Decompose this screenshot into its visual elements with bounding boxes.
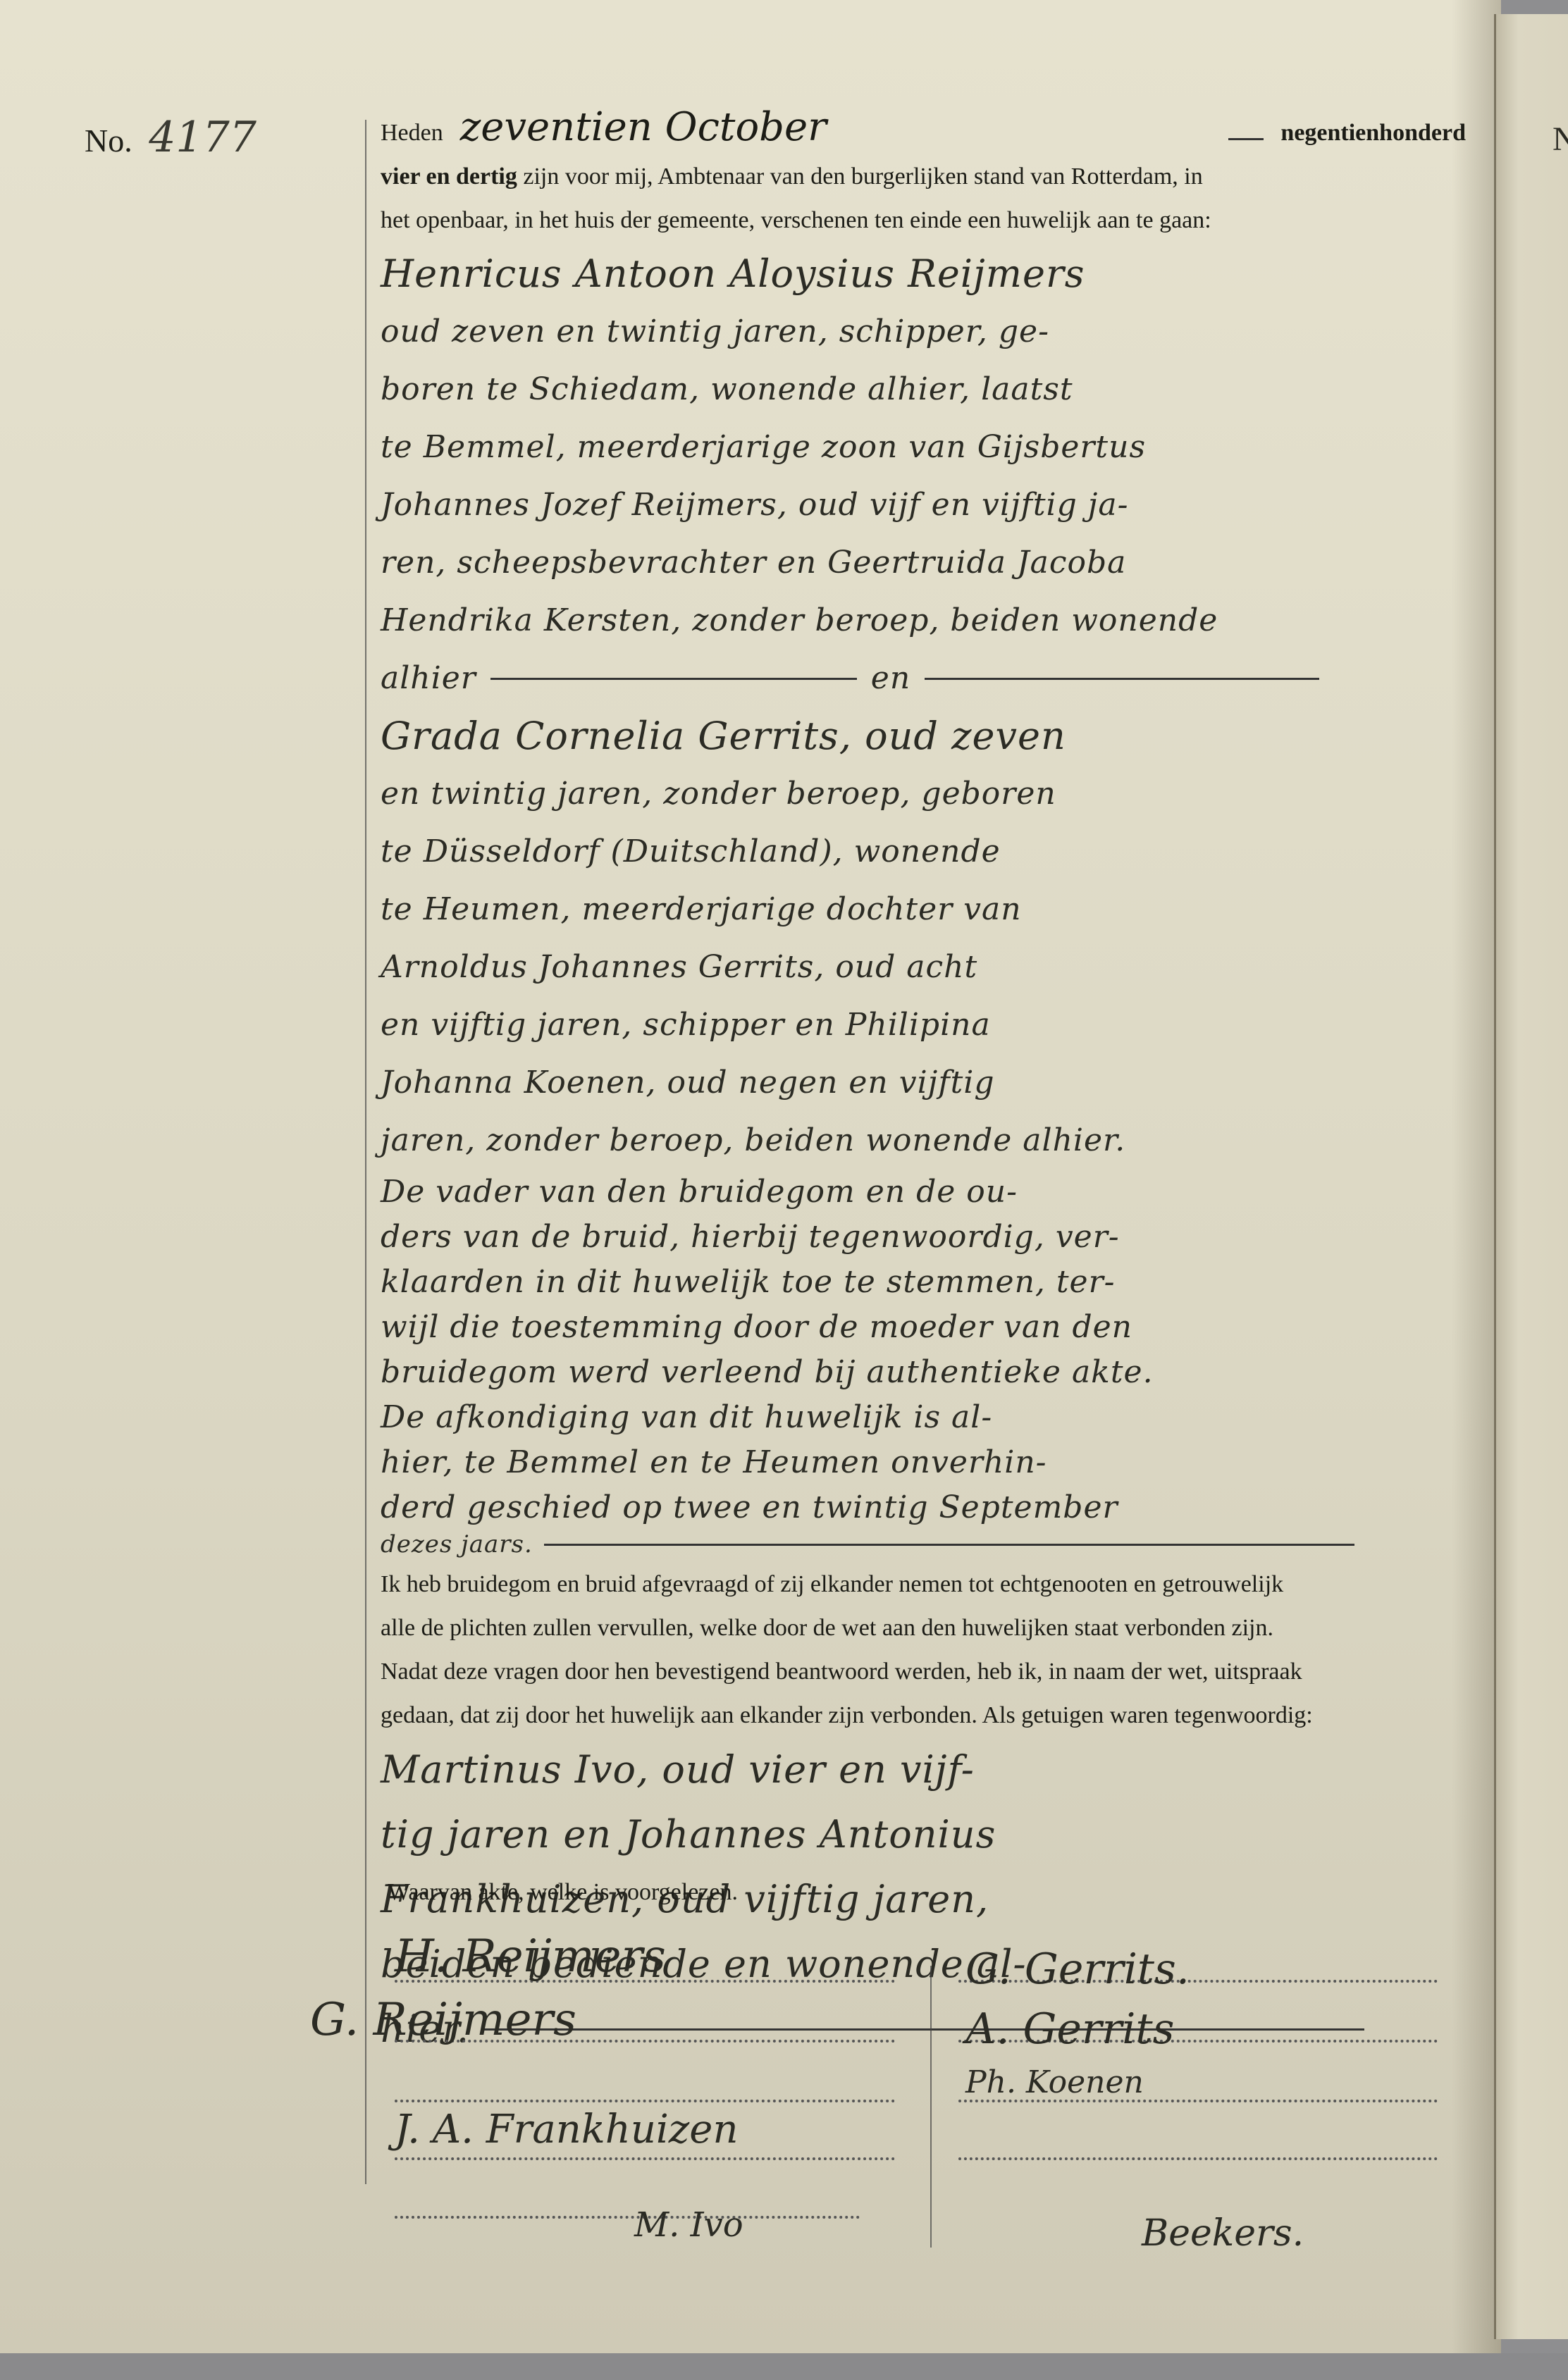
groom-section: Henricus Antoon Aloysius Reijmers oud ze… bbox=[381, 245, 1466, 650]
proclamation-line: dezes jaars. bbox=[381, 1530, 1466, 1558]
bride-line: Grada Cornelia Gerrits, oud zeven bbox=[381, 707, 1466, 765]
heden-label: Heden bbox=[381, 111, 443, 155]
alhier-text: alhier bbox=[381, 650, 476, 707]
signature-line bbox=[395, 2100, 895, 2102]
proclamation-rule bbox=[544, 1544, 1354, 1546]
consent-line: klaarden in dit huwelijk toe te stemmen,… bbox=[381, 1260, 1466, 1305]
signature-witness-frankhuizen: J. A. Frankhuizen bbox=[395, 2107, 739, 2152]
intro-line-3: het openbaar, in het huis der gemeente, … bbox=[381, 199, 1466, 242]
signature-witness-ivo: M. Ivo bbox=[634, 2205, 743, 2245]
vows-line: gedaan, dat zij door het huwelijk aan el… bbox=[381, 1694, 1466, 1737]
en-text: en bbox=[871, 650, 910, 707]
bride-line: jaren, zonder beroep, beiden wonende alh… bbox=[381, 1112, 1466, 1170]
record-number-value: 4177 bbox=[149, 113, 257, 162]
consent-line: wijl die toestemming door de moeder van … bbox=[381, 1305, 1466, 1350]
signature-line bbox=[958, 2157, 1438, 2160]
intro-line-1: Heden zeventien October negentienhonderd bbox=[381, 106, 1466, 155]
witness-rule bbox=[483, 2028, 1364, 2031]
conjunction-line: alhier en bbox=[381, 650, 1466, 707]
register-page: No. 4177 Heden zeventien October negenti… bbox=[0, 0, 1501, 2360]
bride-line: te Düsseldorf (Duitschland), wonende bbox=[381, 823, 1466, 881]
bride-line: te Heumen, meerderjarige dochter van bbox=[381, 881, 1466, 938]
signature-bride: G. Gerrits. bbox=[965, 1945, 1190, 1994]
consent-line: ders van de bruid, hierbij tegenwoordig,… bbox=[381, 1215, 1466, 1260]
closing-text: Waarvan akte, welke is voorgelezen. bbox=[388, 1871, 738, 1914]
bride-section: Grada Cornelia Gerrits, oud zeven en twi… bbox=[381, 707, 1466, 1170]
signature-groom: H. Reijmers bbox=[395, 1930, 666, 1983]
certificate-form: Heden zeventien October negentienhonderd… bbox=[381, 106, 1466, 2062]
signature-registrar: Beekers. bbox=[1142, 2212, 1304, 2255]
consent-section: De vader van den bruidegom en de ou- der… bbox=[381, 1170, 1466, 1395]
intro-line-2: vier en dertig zijn voor mij, Ambtenaar … bbox=[381, 155, 1466, 199]
record-label: No. bbox=[85, 123, 132, 159]
vows-line: Nadat deze vragen door hen bevestigend b… bbox=[381, 1650, 1466, 1694]
proclamation-line: derd geschied op twee en twintig Septemb… bbox=[381, 1485, 1466, 1530]
bride-line: en twintig jaren, zonder beroep, geboren bbox=[381, 765, 1466, 823]
bride-line: en vijftig jaren, schipper en Philipina bbox=[381, 996, 1466, 1054]
margin-rule bbox=[365, 120, 366, 2184]
date-handwritten: zeventien October bbox=[460, 106, 1212, 149]
proclamation-line: De afkondiging van dit huwelijk is al- bbox=[381, 1395, 1466, 1440]
witness-line: tig jaren en Johannes Antonius bbox=[381, 1802, 1466, 1867]
signature-column-rule bbox=[930, 1966, 932, 2248]
year-printed-1: negentienhonderd bbox=[1280, 111, 1466, 155]
bride-line: Arnoldus Johannes Gerrits, oud acht bbox=[381, 938, 1466, 996]
signature-groom-father: G. Reijmers bbox=[310, 1994, 576, 2046]
groom-line: Henricus Antoon Aloysius Reijmers bbox=[381, 245, 1466, 303]
vows-line: alle de plichten zullen vervullen, welke… bbox=[381, 1606, 1466, 1650]
year-printed-2: vier en dertig bbox=[381, 163, 517, 190]
vows-line: Ik heb bruidegom en bruid afgevraagd of … bbox=[381, 1563, 1466, 1606]
consent-line: De vader van den bruidegom en de ou- bbox=[381, 1170, 1466, 1215]
dash-rule bbox=[1228, 138, 1264, 140]
next-page-record-label: N bbox=[1552, 120, 1568, 159]
groom-line: oud zeven en twintig jaren, schipper, ge… bbox=[381, 303, 1466, 361]
vows-section: Ik heb bruidegom en bruid afgevraagd of … bbox=[381, 1563, 1466, 1737]
groom-line: Hendrika Kersten, zonder beroep, beiden … bbox=[381, 592, 1466, 650]
scan-background bbox=[0, 2353, 1568, 2380]
record-number: No. 4177 bbox=[85, 113, 257, 162]
conjunction-rule-left bbox=[490, 678, 857, 680]
proclamation-line: hier, te Bemmel en te Heumen onverhin- bbox=[381, 1440, 1466, 1485]
consent-line: bruidegom werd verleend bij authentieke … bbox=[381, 1350, 1466, 1395]
groom-line: ren, scheepsbevrachter en Geertruida Jac… bbox=[381, 534, 1466, 592]
proclamation-section: De afkondiging van dit huwelijk is al- h… bbox=[381, 1395, 1466, 1558]
bride-line: Johanna Koenen, oud negen en vijftig bbox=[381, 1054, 1466, 1112]
signature-line bbox=[395, 2216, 860, 2219]
next-page-edge: N bbox=[1494, 14, 1568, 2339]
signature-line bbox=[395, 2157, 895, 2160]
proclamation-end: dezes jaars. bbox=[381, 1530, 533, 1558]
groom-line: Johannes Jozef Reijmers, oud vijf en vij… bbox=[381, 476, 1466, 534]
groom-line: te Bemmel, meerderjarige zoon van Gijsbe… bbox=[381, 419, 1466, 476]
witness-line: Martinus Ivo, oud vier en vijf- bbox=[381, 1737, 1466, 1802]
groom-line: boren te Schiedam, wonende alhier, laats… bbox=[381, 361, 1466, 419]
signature-bride-mother: Ph. Koenen bbox=[965, 2064, 1144, 2100]
signature-bride-father: A. Gerrits bbox=[965, 2004, 1174, 2054]
conjunction-rule-right bbox=[925, 678, 1319, 680]
intro-line-2-text: zijn voor mij, Ambtenaar van den burgerl… bbox=[523, 163, 1202, 190]
